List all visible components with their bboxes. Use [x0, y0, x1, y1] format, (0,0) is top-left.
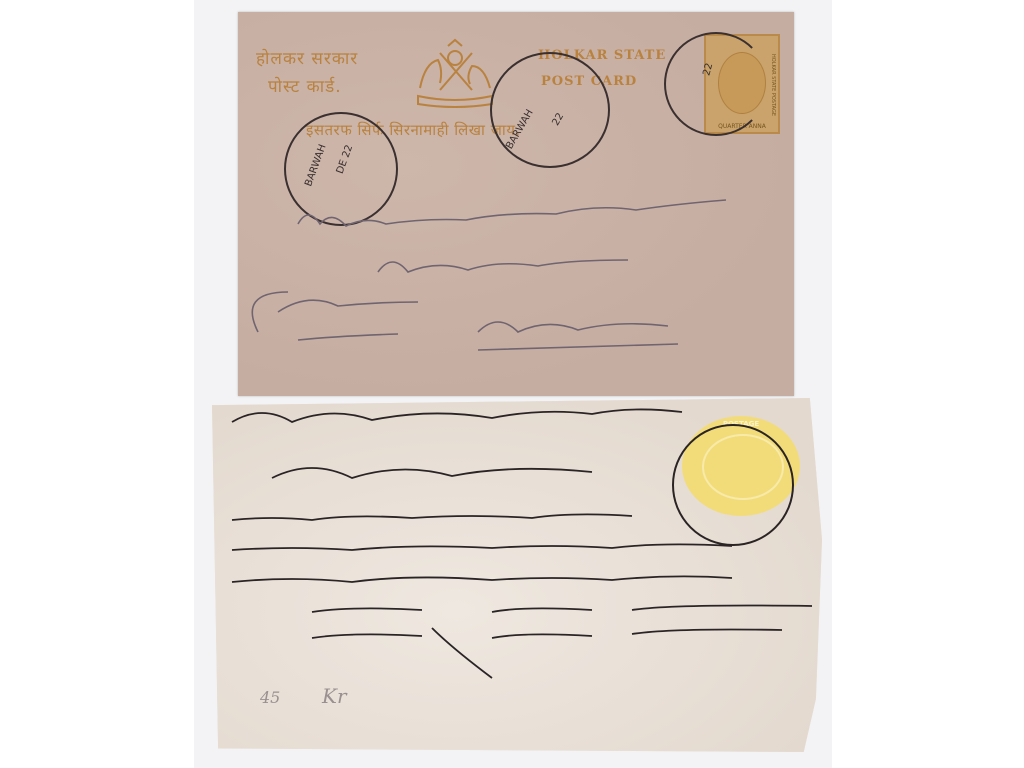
stamp-side-text: HOLKAR STATE POSTAGE [770, 54, 776, 116]
coat-of-arms-icon [410, 38, 500, 108]
hyderabad-envelope: POSTAGE 45 Kr [212, 398, 822, 752]
postcard-hindi-title: होलकर सरकार [256, 46, 358, 69]
pencil-note-initials: Kr [322, 684, 347, 708]
pencil-note-number: 45 [260, 688, 280, 707]
handwritten-address [238, 182, 794, 382]
postcard-hindi-subtitle: पोस्ट कार्ड. [268, 74, 342, 97]
postmark-stamp-cancel: 22 [664, 32, 768, 136]
holkar-postcard: होलकर सरकार पोस्ट कार्ड. HOLKAR STATE PO… [238, 12, 794, 396]
handwritten-urdu-address [212, 398, 822, 752]
postmark-barwah-center: BARWAH 22 [490, 52, 610, 168]
